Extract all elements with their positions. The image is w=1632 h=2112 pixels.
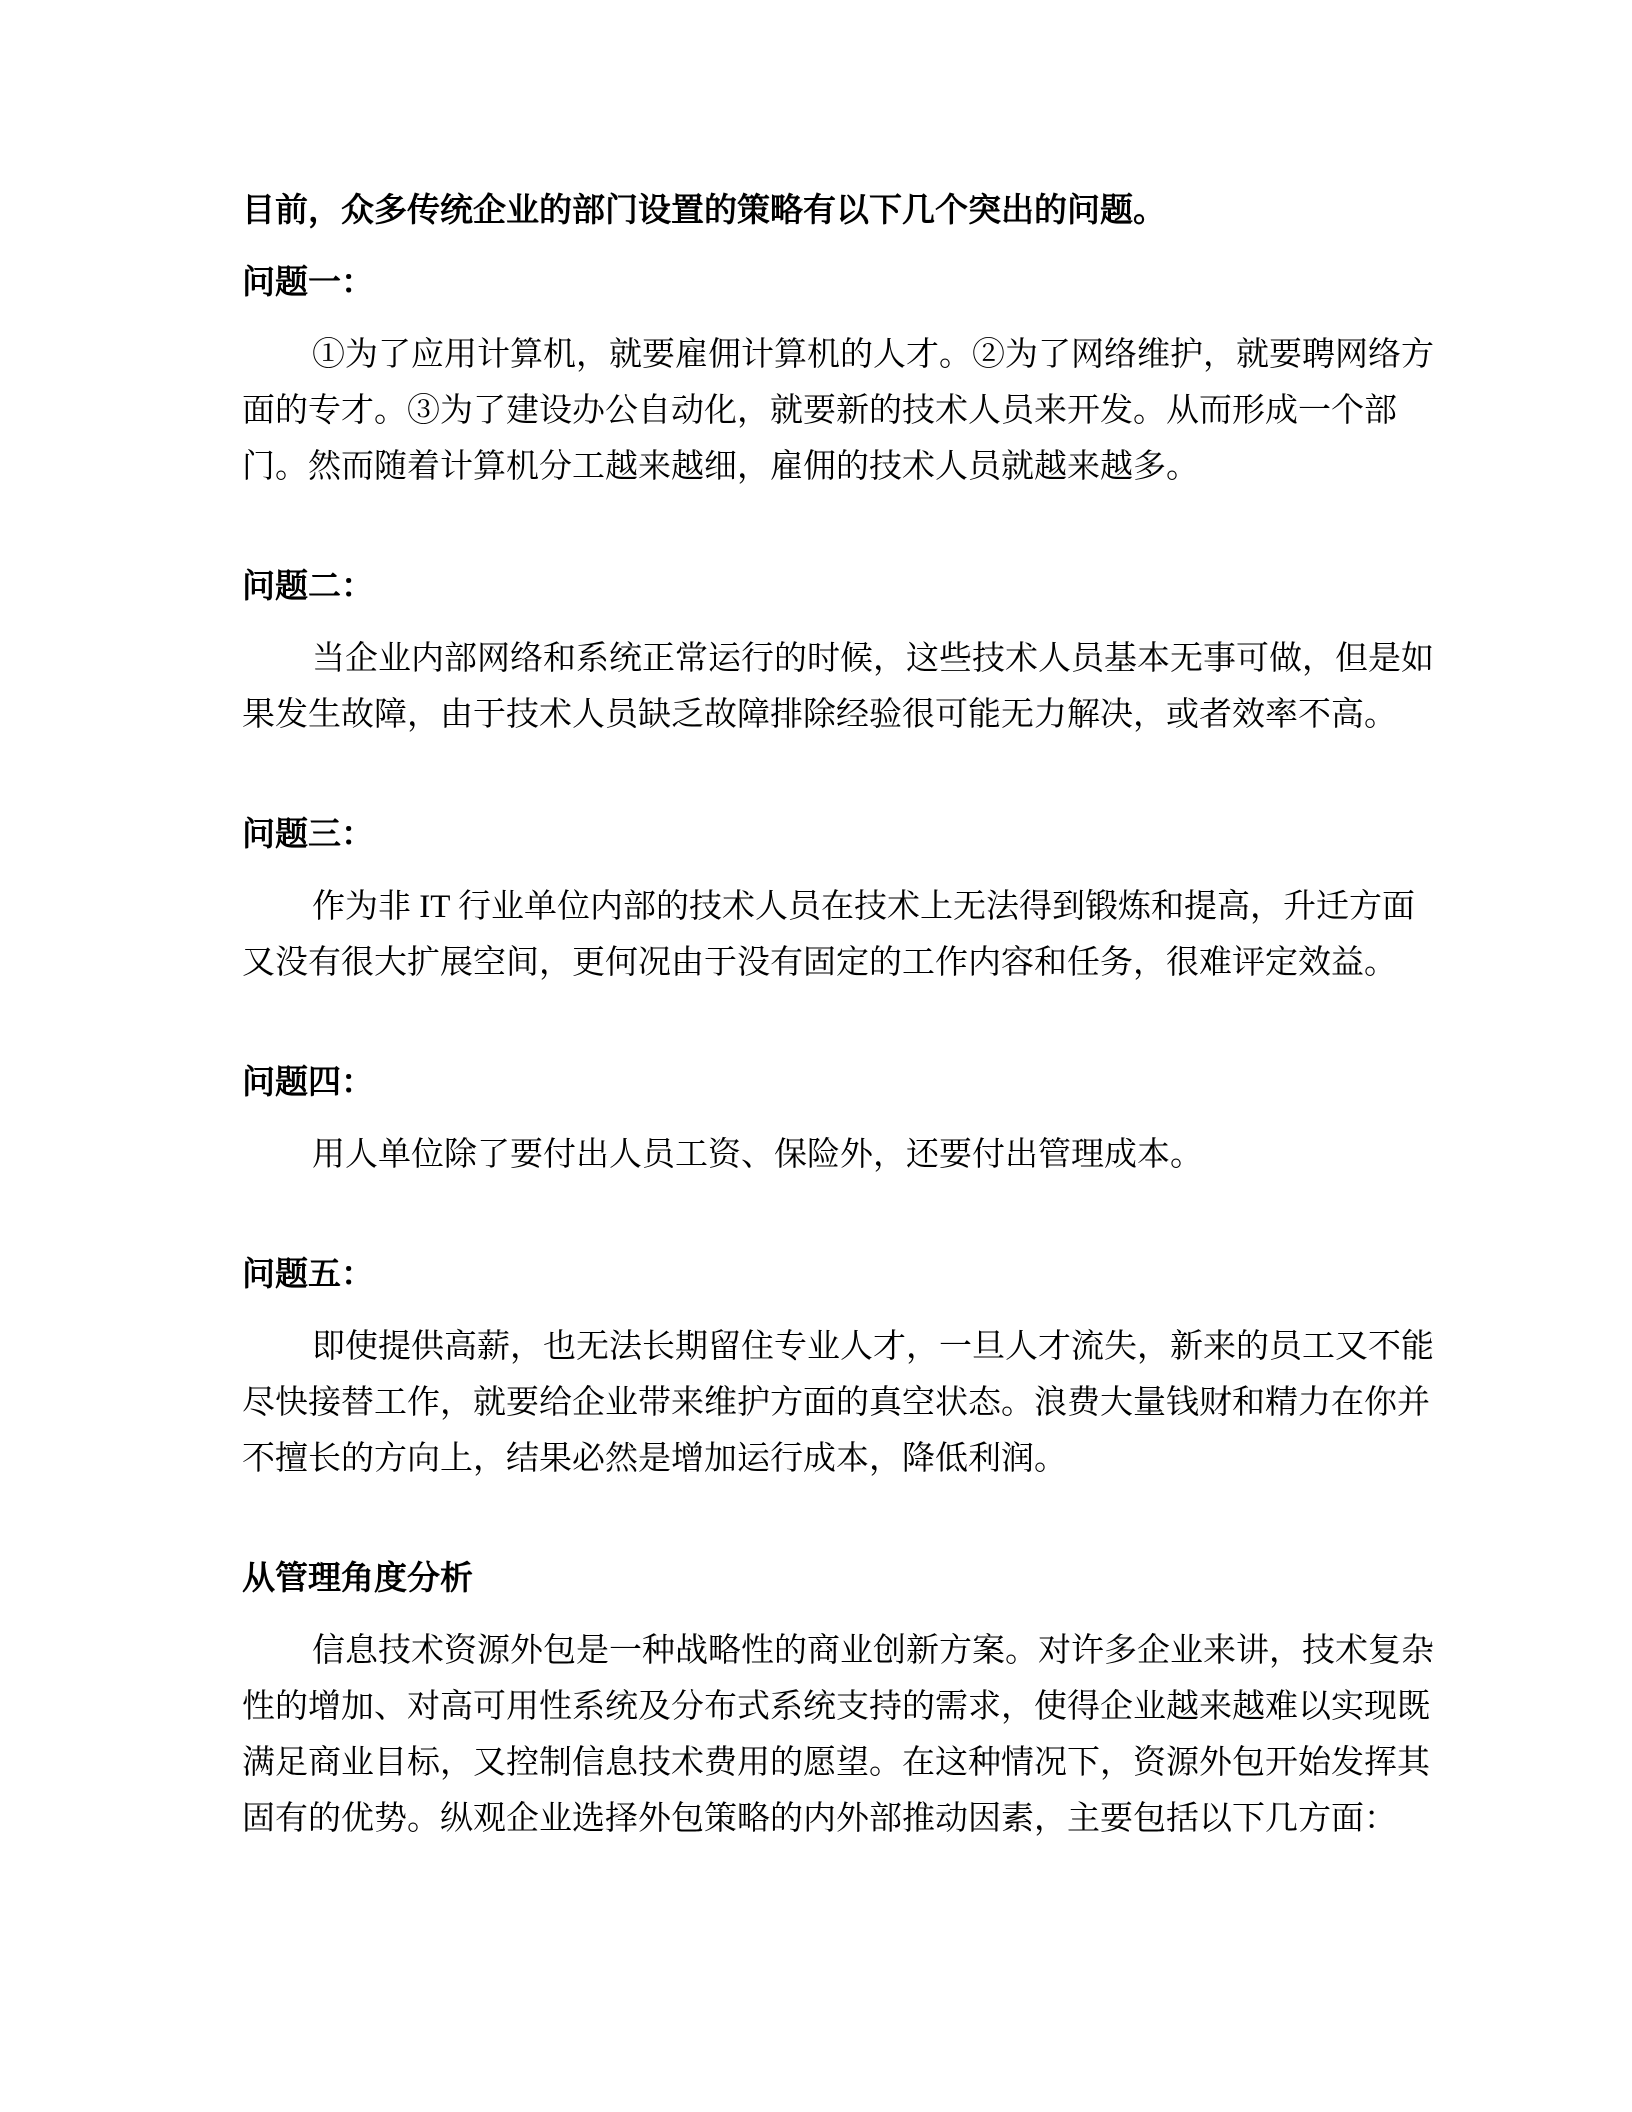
paragraph-problem-5: 即使提供高薪，也无法长期留住专业人才，一旦人才流失，新来的员工又不能尽快接替工作…: [242, 1319, 1448, 1487]
heading-problem-2: 问题二：: [242, 559, 1448, 615]
paragraph-problem-2: 当企业内部网络和系统正常运行的时候，这些技术人员基本无事可做，但是如果发生故障，…: [242, 631, 1448, 743]
heading-problem-4: 问题四：: [242, 1055, 1448, 1111]
heading-problem-3: 问题三：: [242, 807, 1448, 863]
paragraph-management-analysis: 信息技术资源外包是一种战略性的商业创新方案。对许多企业来讲，技术复杂性的增加、对…: [242, 1623, 1448, 1847]
document-page: 目前，众多传统企业的部门设置的策略有以下几个突出的问题。 问题一： ①为了应用计…: [0, 0, 1632, 2112]
paragraph-problem-1: ①为了应用计算机，就要雇佣计算机的人才。②为了网络维护，就要聘网络方面的专才。③…: [242, 327, 1448, 495]
heading-problem-5: 问题五：: [242, 1247, 1448, 1303]
paragraph-problem-4: 用人单位除了要付出人员工资、保险外，还要付出管理成本。: [242, 1127, 1448, 1183]
paragraph-problem-3: 作为非 IT 行业单位内部的技术人员在技术上无法得到锻炼和提高，升迁方面又没有很…: [242, 879, 1448, 991]
heading-management-analysis: 从管理角度分析: [242, 1551, 1448, 1607]
heading-problem-1: 问题一：: [242, 255, 1448, 311]
intro-statement: 目前，众多传统企业的部门设置的策略有以下几个突出的问题。: [242, 183, 1448, 239]
